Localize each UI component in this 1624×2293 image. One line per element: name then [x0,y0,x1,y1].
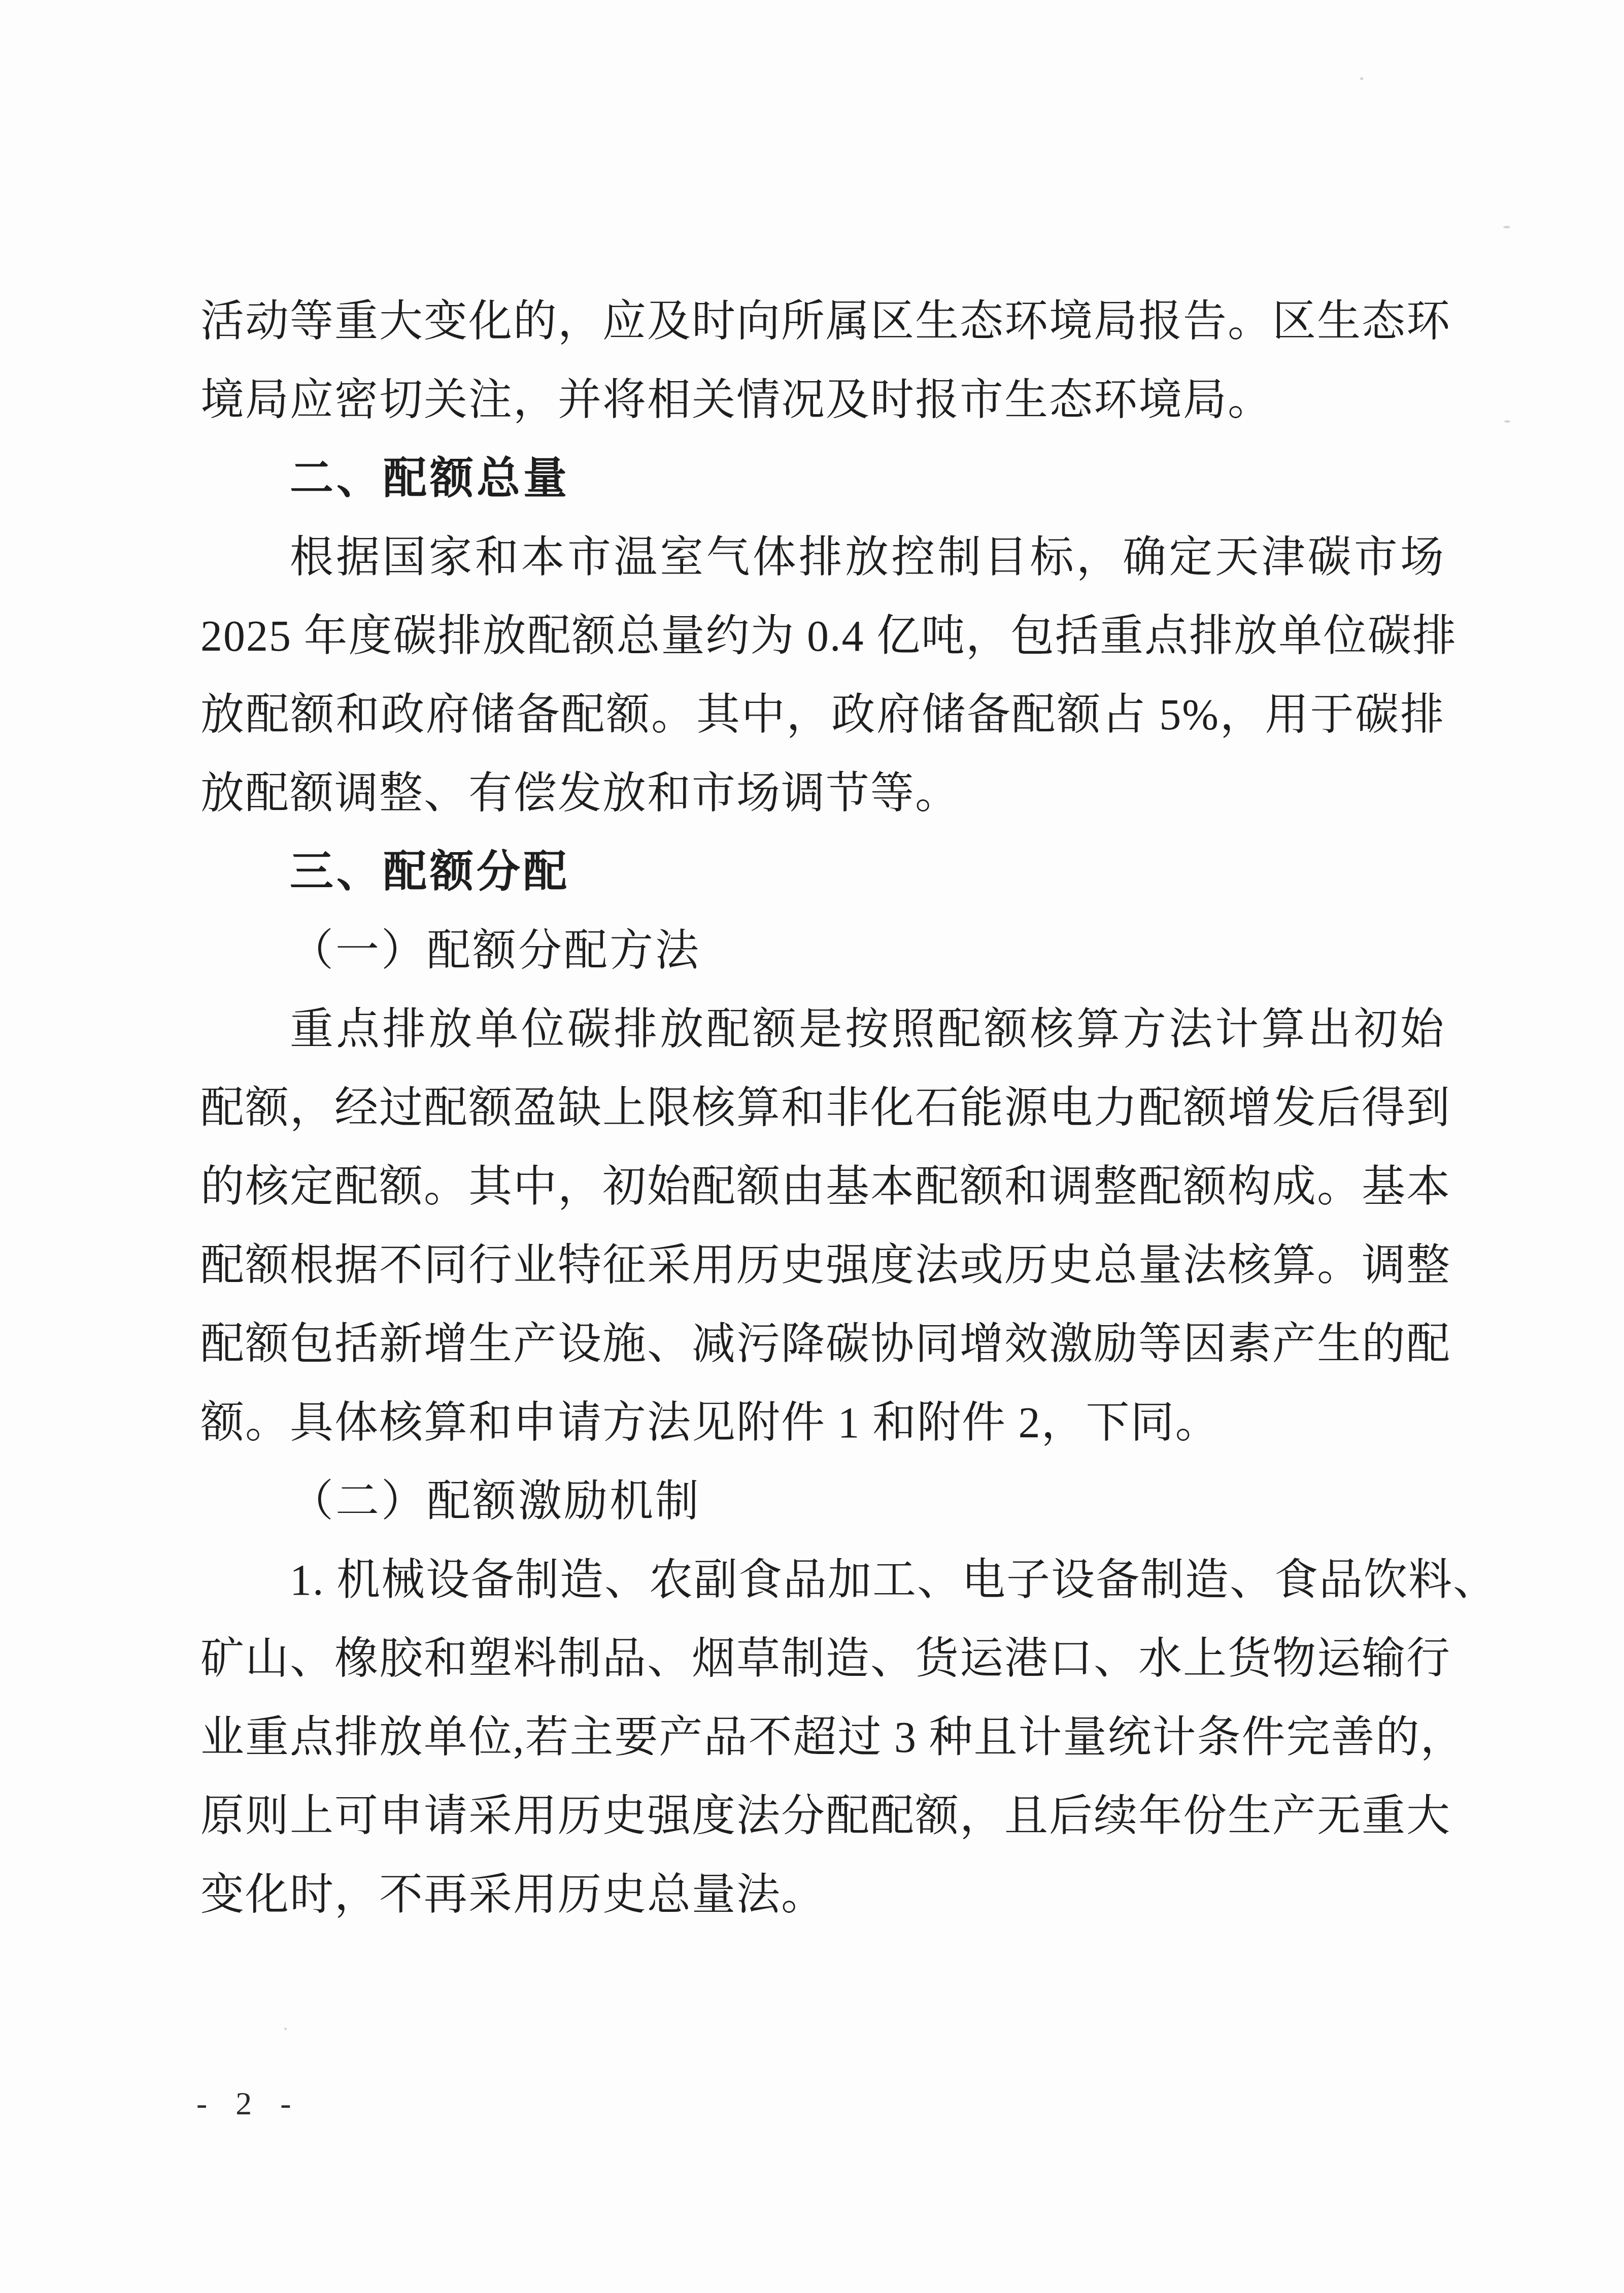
paragraph-intro: 活动等重大变化的，应及时向所属区生态环境局报告。区生态环 境局应密切关注，并将相… [200,282,1445,440]
subsection-allocation-method: （一）配额分配方法 重点排放单位碳排放配额是按照配额核算方法计算出初始 配额，经… [200,912,1445,1462]
text-line: 放配额和政府储备配额。其中，政府储备配额占 5%，用于碳排 [200,676,1445,754]
text-line: 的核定配额。其中，初始配额由基本配额和调整配额构成。基本 [200,1148,1445,1226]
scan-speck [1360,77,1363,80]
page-number: - 2 - [196,2083,301,2124]
text-line: 重点排放单位碳排放配额是按照配额核算方法计算出初始 [200,990,1445,1069]
text-line: 根据国家和本市温室气体排放控制目标，确定天津碳市场 [200,518,1445,597]
section-heading: 二、配额总量 [200,440,1445,518]
scanned-document-page: 活动等重大变化的，应及时向所属区生态环境局报告。区生态环 境局应密切关注，并将相… [0,0,1624,2293]
text-line: 配额包括新增生产设施、减污降碳协同增效激励等因素产生的配 [200,1305,1445,1384]
text-line: 1. 机械设备制造、农副食品加工、电子设备制造、食品饮料、 [200,1541,1445,1620]
section-heading: 三、配额分配 [200,833,1445,912]
text-line: 活动等重大变化的，应及时向所属区生态环境局报告。区生态环 [200,282,1445,361]
scan-speck [1504,420,1510,423]
text-line: 境局应密切关注，并将相关情况及时报市生态环境局。 [200,361,1445,440]
scan-speck [284,2028,287,2030]
subsection-incentive-mechanism: （二）配额激励机制 1. 机械设备制造、农副食品加工、电子设备制造、食品饮料、 … [200,1462,1445,1934]
text-line: 配额根据不同行业特征采用历史强度法或历史总量法核算。调整 [200,1226,1445,1305]
text-line: 配额，经过配额盈缺上限核算和非化石能源电力配额增发后得到 [200,1069,1445,1148]
text-line: 额。具体核算和申请方法见附件 1 和附件 2，下同。 [200,1384,1445,1462]
subsection-heading: （二）配额激励机制 [200,1462,1445,1541]
text-line: 业重点排放单位,若主要产品不超过 3 种且计量统计条件完善的， [200,1698,1445,1777]
text-line: 放配额调整、有偿发放和市场调节等。 [200,754,1445,833]
text-line: 矿山、橡胶和塑料制品、烟草制造、货运港口、水上货物运输行 [200,1620,1445,1698]
text-line: 2025 年度碳排放配额总量约为 0.4 亿吨，包括重点排放单位碳排 [200,597,1445,676]
document-content: 活动等重大变化的，应及时向所属区生态环境局报告。区生态环 境局应密切关注，并将相… [200,282,1445,1934]
scan-speck [1503,226,1510,228]
section-quota-total: 二、配额总量 根据国家和本市温室气体排放控制目标，确定天津碳市场 2025 年度… [200,440,1445,833]
text-line: 原则上可申请采用历史强度法分配配额，且后续年份生产无重大 [200,1777,1445,1856]
section-quota-allocation: 三、配额分配 （一）配额分配方法 重点排放单位碳排放配额是按照配额核算方法计算出… [200,833,1445,1934]
subsection-heading: （一）配额分配方法 [200,912,1445,990]
text-line: 变化时，不再采用历史总量法。 [200,1856,1445,1934]
